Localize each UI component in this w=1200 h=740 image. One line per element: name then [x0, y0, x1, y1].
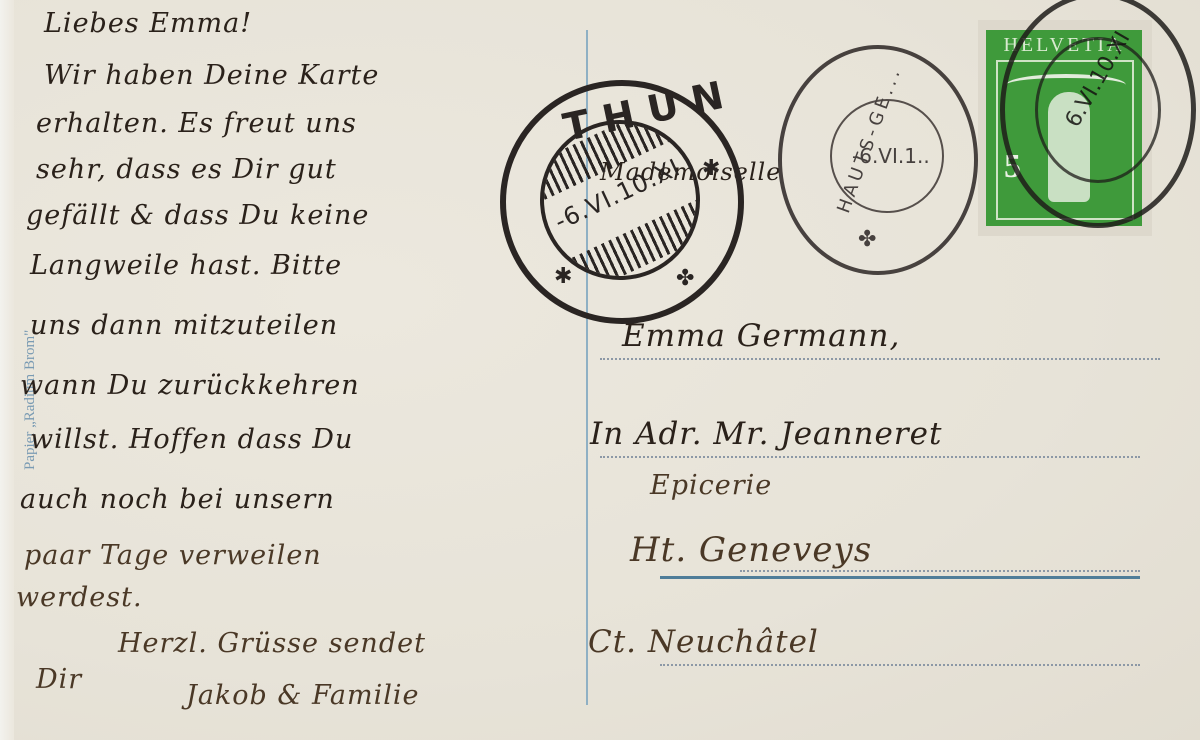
message-line: Herzl. Grüsse sendet — [118, 628, 426, 659]
card-edge — [0, 0, 14, 740]
message-line: erhalten. Es freut uns — [36, 108, 357, 139]
address-rule — [660, 664, 1140, 666]
address-line: Epicerie — [650, 470, 772, 501]
message-line: sehr, dass es Dir gut — [36, 154, 337, 185]
message-line: wann Du zurückkehren — [20, 370, 360, 401]
postmark-thun: THUN -6.VI.10.XI ✤ ✱ ✱ — [500, 80, 744, 324]
message-line: Dir — [36, 664, 82, 695]
postmark-cancel: 6.VI.10.XI — [1000, 0, 1196, 228]
message-line: werdest. — [16, 582, 143, 613]
message-line: paar Tage verweilen — [24, 540, 322, 571]
address-line: Emma Germann, — [622, 318, 900, 354]
postcard-back: Papier „Radium Brom" Liebes Emma! Wir ha… — [0, 0, 1200, 740]
message-signature: Jakob & Familie — [186, 680, 420, 711]
address-underline — [660, 576, 1140, 579]
message-line: Wir haben Deine Karte — [44, 60, 379, 91]
message-line: Liebes Emma! — [44, 8, 252, 39]
postmark-arrival: HAUTS-GE... -6.VI.1.. ✤ — [778, 45, 978, 275]
swiss-cross-icon: ✤ — [858, 227, 876, 252]
address-line: Ct. Neuchâtel — [588, 624, 819, 660]
message-line: Langweile hast. Bitte — [30, 250, 342, 281]
swiss-cross-icon: ✤ — [676, 266, 694, 291]
address-rule — [600, 358, 1160, 360]
address-rule — [600, 456, 1140, 458]
address-rule — [740, 570, 1140, 572]
message-line: uns dann mitzuteilen — [30, 310, 338, 341]
postmark-date: -6.VI.1.. — [852, 144, 930, 168]
address-line: Ht. Geneveys — [630, 530, 872, 570]
star-ornament-icon: ✱ — [702, 156, 720, 181]
star-ornament-icon: ✱ — [554, 264, 572, 289]
message-line: gefällt & dass Du keine — [26, 200, 369, 231]
message-line: willst. Hoffen dass Du — [30, 424, 353, 455]
address-line: In Adr. Mr. Jeanneret — [590, 416, 942, 452]
message-line: auch noch bei unsern — [20, 484, 335, 515]
